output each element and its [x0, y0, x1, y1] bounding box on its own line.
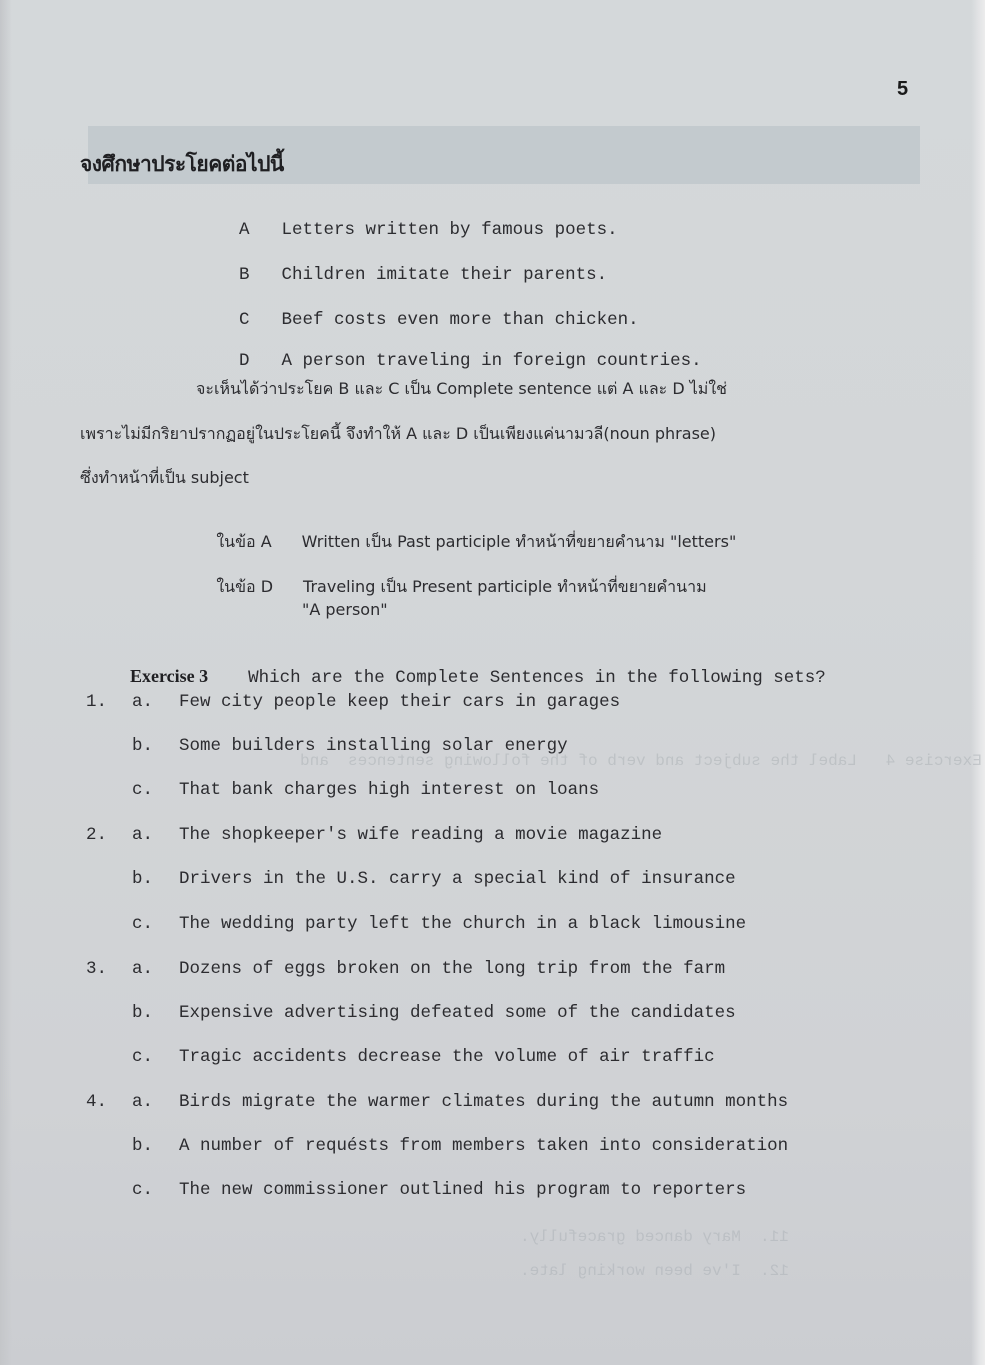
exercise-item: c.Tragic accidents decrease the volume o… [132, 1047, 715, 1067]
exercise-item: c.The wedding party left the church in a… [132, 914, 746, 934]
exercise-item: c.The new commissioner outlined his prog… [132, 1180, 746, 1200]
exercise-item: a.Few city people keep their cars in gar… [132, 692, 620, 712]
item-text: The new commissioner outlined his progra… [179, 1180, 746, 1200]
item-letter: b. [132, 1003, 153, 1023]
item-letter: b. [132, 869, 153, 889]
example-text: A person traveling in foreign countries. [282, 351, 702, 371]
exercise-instruction: Which are the Complete Sentences in the … [248, 668, 826, 688]
note-row: ในข้อ DTraveling เป็น Present participle… [196, 556, 707, 619]
section-heading: จงศึกษาประโยคต่อไปนี้ [80, 148, 284, 181]
exercise-item: a.Dozens of eggs broken on the long trip… [132, 959, 725, 979]
example-label: A [239, 220, 250, 240]
item-text: Tragic accidents decrease the volume of … [179, 1047, 715, 1067]
item-letter: a. [132, 959, 153, 979]
item-letter: c. [132, 780, 153, 800]
page-edge-left [0, 0, 12, 1365]
explanation-line: จะเห็นได้ว่าประโยค B และ C เป็น Complete… [196, 377, 727, 402]
exercise-item: b.Expensive advertising defeated some of… [132, 1003, 736, 1023]
exercise-label: Exercise 3 [130, 666, 208, 686]
example-text: Children imitate their parents. [282, 265, 608, 285]
item-letter: a. [132, 1092, 153, 1112]
example-label: C [239, 310, 250, 330]
exercise-item: b.A number of requésts from members take… [132, 1136, 788, 1156]
item-letter: a. [132, 692, 153, 712]
set-number: 1. [86, 692, 107, 712]
item-text: Dozens of eggs broken on the long trip f… [179, 959, 725, 979]
item-letter: c. [132, 1180, 153, 1200]
explanation-line: ซึ่งทำหน้าที่เป็น subject [80, 466, 249, 491]
exercise-item: b.Some builders installing solar energy [132, 736, 568, 756]
item-letter: b. [132, 736, 153, 756]
item-letter: c. [132, 914, 153, 934]
item-text: Drivers in the U.S. carry a special kind… [179, 869, 736, 889]
note-text: Written เป็น Past participle ทำหน้าที่ขย… [302, 532, 737, 551]
example-text: Beef costs even more than chicken. [282, 310, 639, 330]
explanation-line: เพราะไม่มีกริยาปรากฏอยู่ในประโยคนี้ จึงท… [80, 422, 716, 447]
item-text: Few city people keep their cars in garag… [179, 692, 620, 712]
note-label: ในข้อ A [216, 532, 271, 551]
note-label: ในข้อ D [216, 577, 273, 596]
exercise-item: c.That bank charges high interest on loa… [132, 780, 599, 800]
note-text: Traveling เป็น Present participle ทำหน้า… [303, 577, 707, 596]
item-letter: b. [132, 1136, 153, 1156]
item-letter: a. [132, 825, 153, 845]
item-letter: c. [132, 1047, 153, 1067]
item-text: That bank charges high interest on loans [179, 780, 599, 800]
show-through-text: 12. I've been working late. [520, 1262, 789, 1280]
item-text: Expensive advertising defeated some of t… [179, 1003, 736, 1023]
exercise-item: a.Birds migrate the warmer climates duri… [132, 1092, 788, 1112]
item-text: The shopkeeper's wife reading a movie ma… [179, 825, 662, 845]
item-text: A number of requésts from members taken … [179, 1136, 788, 1156]
item-text: Birds migrate the warmer climates during… [179, 1092, 788, 1112]
page-number: 5 [897, 78, 908, 101]
item-text: The wedding party left the church in a b… [179, 914, 746, 934]
example-text: Letters written by famous poets. [282, 220, 618, 240]
set-number: 3. [86, 959, 107, 979]
set-number: 2. [86, 825, 107, 845]
set-number: 4. [86, 1092, 107, 1112]
exercise-item: b.Drivers in the U.S. carry a special ki… [132, 869, 736, 889]
page-edge-right [971, 0, 985, 1365]
example-label: B [239, 265, 250, 285]
note-continuation: "A person" [302, 600, 388, 619]
item-text: Some builders installing solar energy [179, 736, 568, 756]
exercise-item: a.The shopkeeper's wife reading a movie … [132, 825, 662, 845]
example-label: D [239, 351, 250, 371]
show-through-text: 11. Mary danced gracefully. [520, 1228, 789, 1246]
document-page: 11. Mary danced gracefully. 12. I've bee… [0, 0, 985, 1365]
